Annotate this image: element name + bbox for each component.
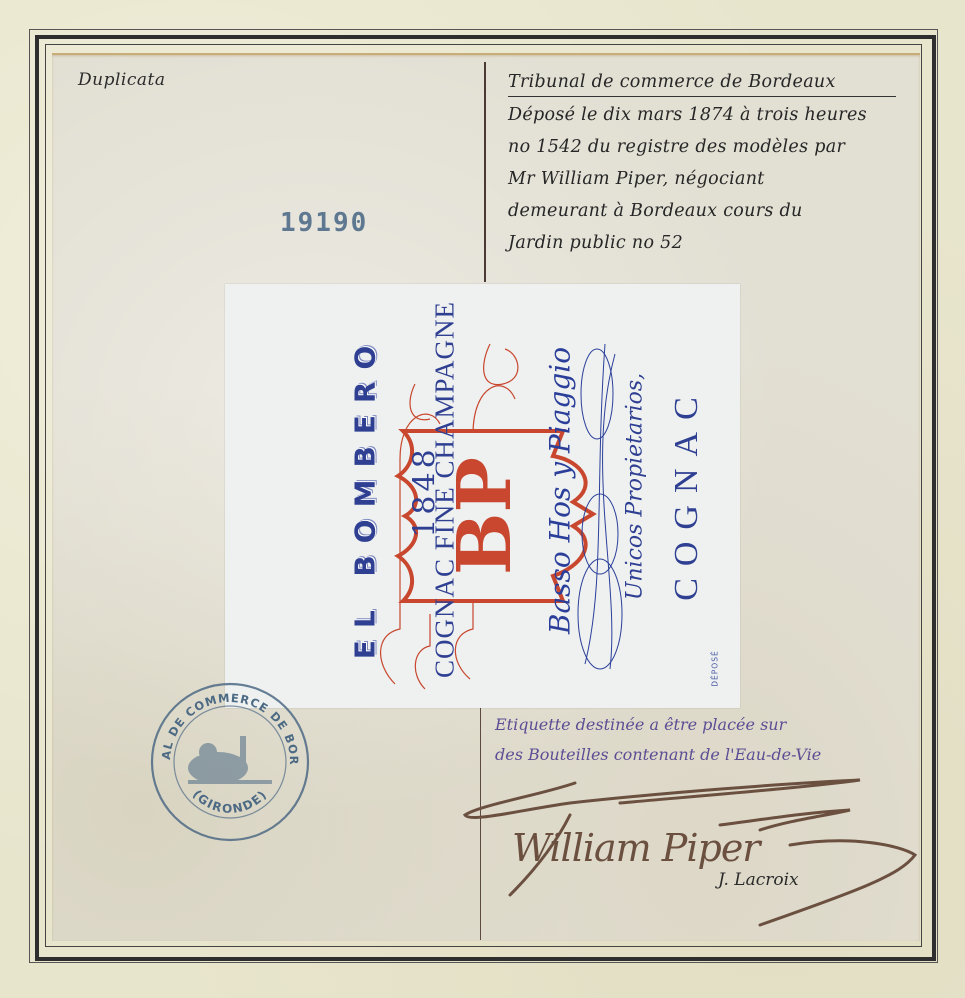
column-divider <box>484 62 486 282</box>
record-number: 19190 <box>280 208 368 238</box>
registration-entry: Tribunal de commerce de Bordeaux Déposé … <box>508 66 918 259</box>
registration-line: Jardin public no 52 <box>508 227 918 259</box>
printer-credit: PROUTEAUX & CHAUBIN <box>715 284 723 394</box>
signature-flourish-icon <box>460 775 930 965</box>
origin-name: COGNAC <box>668 284 706 703</box>
registration-line: demeurant à Bordeaux cours du <box>508 195 918 227</box>
court-seal-icon: TRIBUNAL DE COMMERCE DE BORDEAUX (GIROND… <box>148 680 312 844</box>
svg-text:(GIRONDE): (GIRONDE) <box>190 787 270 816</box>
monogram-ornament-icon: BP <box>225 284 740 708</box>
registration-heading: Tribunal de commerce de Bordeaux <box>508 66 896 97</box>
document-mount: Duplicata 19190 Tribunal de commerce de … <box>0 0 965 998</box>
label-usage-note: Etiquette destinée a être placée sur des… <box>495 710 915 770</box>
primary-signature: William Piper <box>512 826 759 870</box>
owners-line: Unicos Propietarios, <box>623 284 648 697</box>
note-line: Etiquette destinée a être placée sur <box>495 710 915 740</box>
cognac-label: BP EL BOMBERO COGNAC FINE CHAMPAGNE 1848… <box>225 284 740 708</box>
note-line: des Bouteilles contenant de l'Eau-de-Vie <box>495 740 915 770</box>
registration-line: Déposé le dix mars 1874 à trois heures <box>508 99 918 131</box>
deposit-mark: DÉPOSÉ <box>711 639 720 699</box>
vintage-year: 1848 <box>408 284 443 708</box>
registration-line: Mr William Piper, négociant <box>508 163 918 195</box>
copy-mark: Duplicata <box>78 70 165 90</box>
registration-line: no 1542 du registre des modèles par <box>508 131 918 163</box>
secondary-signature: J. Lacroix <box>718 870 799 890</box>
producer-name: Basso Hos y Piaggio <box>544 284 577 701</box>
brand-name: EL BOMBERO <box>349 284 382 708</box>
